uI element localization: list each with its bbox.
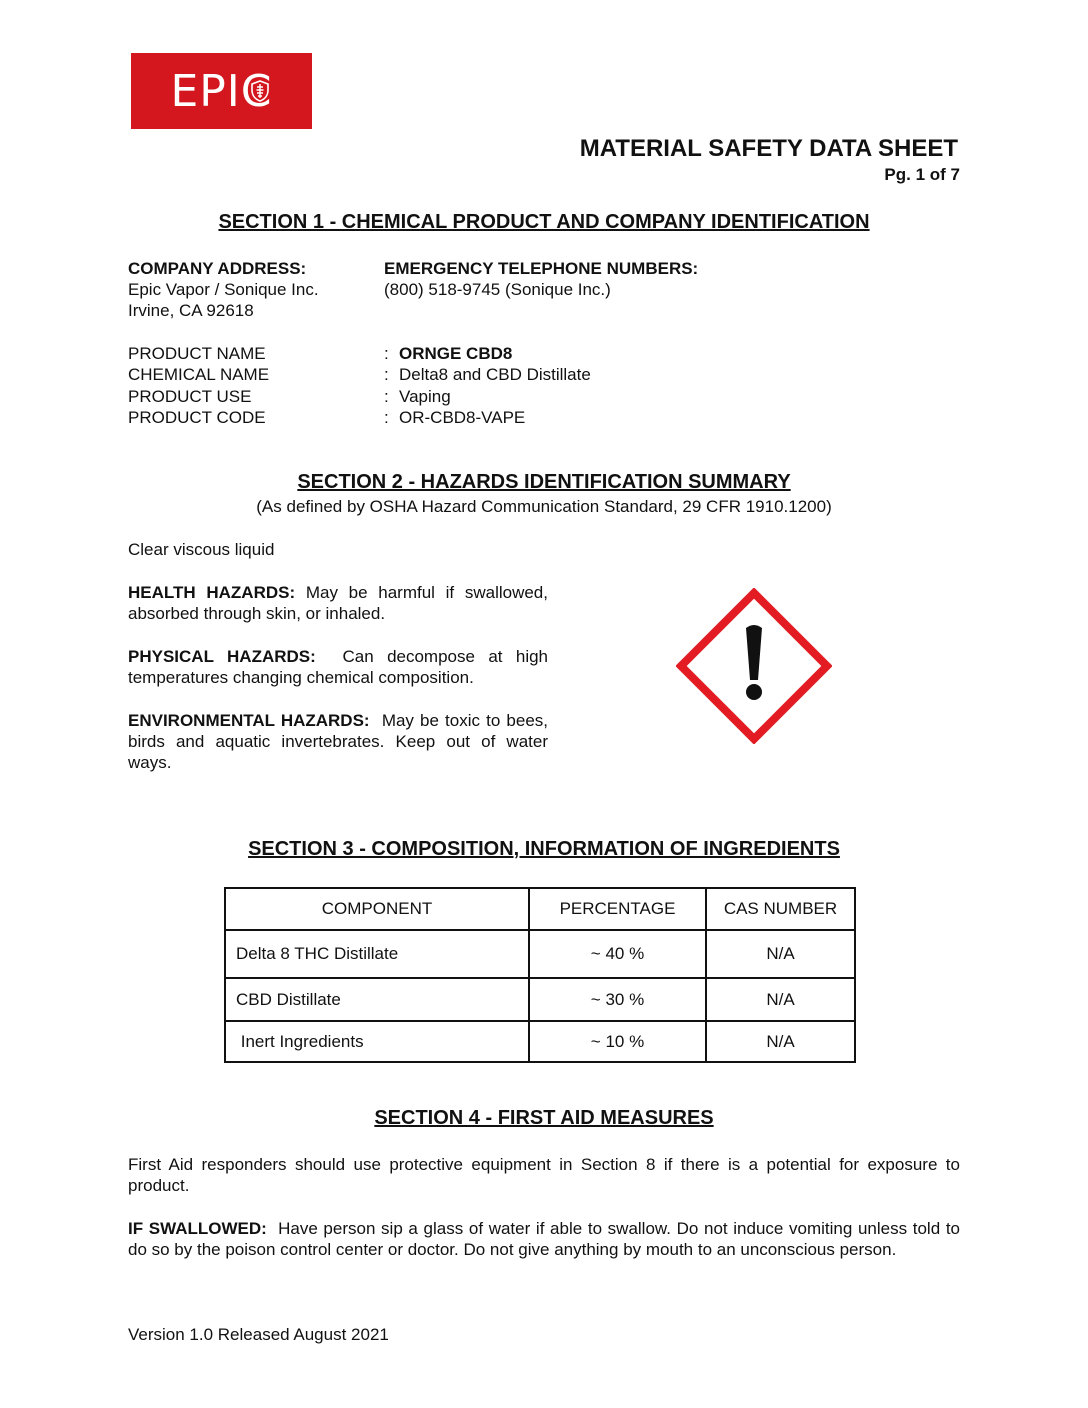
first-aid-intro: First Aid responders should use protecti… <box>128 1154 960 1196</box>
product-name-value: ORNGE CBD8 <box>399 343 512 364</box>
environmental-hazards: ENVIRONMENTAL HAZARDS: May be toxic to b… <box>128 710 548 773</box>
epic-logo: EPIC <box>131 53 312 129</box>
table-header-row: COMPONENT PERCENTAGE CAS NUMBER <box>225 888 855 930</box>
emergency-number: (800) 518-9745 (Sonique Inc.) <box>384 279 611 300</box>
section-2-title: SECTION 2 - HAZARDS IDENTIFICATION SUMMA… <box>244 471 844 494</box>
separator: : <box>384 407 389 428</box>
cas-cell: N/A <box>706 930 855 978</box>
if-swallowed-label: IF SWALLOWED: <box>128 1219 267 1238</box>
separator: : <box>384 364 389 385</box>
column-header-percentage: PERCENTAGE <box>529 888 706 930</box>
table-row: CBD Distillate ~ 30 % N/A <box>225 978 855 1021</box>
product-name-label: PRODUCT NAME <box>128 343 266 364</box>
table-row: Inert Ingredients ~ 10 % N/A <box>225 1021 855 1062</box>
page-indicator: Pg. 1 of 7 <box>884 165 960 185</box>
section-3-title: SECTION 3 - COMPOSITION, INFORMATION OF … <box>228 838 860 861</box>
logo-text: EPI <box>170 66 240 117</box>
component-cell: Inert Ingredients <box>225 1021 529 1062</box>
health-hazards: HEALTH HAZARDS: May be harmful if swallo… <box>128 582 548 624</box>
chemical-name-value: Delta8 and CBD Distillate <box>399 364 591 385</box>
company-address-line1: Epic Vapor / Sonique Inc. <box>128 279 319 300</box>
component-cell: CBD Distillate <box>225 978 529 1021</box>
physical-hazards: PHYSICAL HAZARDS: Can decompose at high … <box>128 646 548 688</box>
separator: : <box>384 343 389 364</box>
cas-cell: N/A <box>706 1021 855 1062</box>
section-1-title: SECTION 1 - CHEMICAL PRODUCT AND COMPANY… <box>196 211 892 234</box>
logo-c-with-shield: C <box>241 66 273 117</box>
if-swallowed: IF SWALLOWED: Have person sip a glass of… <box>128 1218 960 1260</box>
emergency-label: EMERGENCY TELEPHONE NUMBERS: <box>384 258 698 279</box>
percentage-cell: ~ 30 % <box>529 978 706 1021</box>
logo-wordmark: EPIC <box>170 66 272 117</box>
product-code-value: OR-CBD8-VAPE <box>399 407 525 428</box>
appearance-text: Clear viscous liquid <box>128 539 274 560</box>
document-title: MATERIAL SAFETY DATA SHEET <box>580 135 958 163</box>
cas-cell: N/A <box>706 978 855 1021</box>
company-address-line2: Irvine, CA 92618 <box>128 300 254 321</box>
section-2-subtitle: (As defined by OSHA Hazard Communication… <box>200 496 888 517</box>
table-row: Delta 8 THC Distillate ~ 40 % N/A <box>225 930 855 978</box>
product-code-label: PRODUCT CODE <box>128 407 266 428</box>
company-address-label: COMPANY ADDRESS: <box>128 258 306 279</box>
section-4-title: SECTION 4 - FIRST AID MEASURES <box>344 1107 744 1130</box>
composition-table: COMPONENT PERCENTAGE CAS NUMBER Delta 8 … <box>224 887 856 1063</box>
column-header-cas-number: CAS NUMBER <box>706 888 855 930</box>
health-hazards-label: HEALTH HAZARDS: <box>128 583 295 602</box>
physical-hazards-label: PHYSICAL HAZARDS: <box>128 647 316 666</box>
product-use-label: PRODUCT USE <box>128 386 251 407</box>
chemical-name-label: CHEMICAL NAME <box>128 364 269 385</box>
percentage-cell: ~ 40 % <box>529 930 706 978</box>
percentage-cell: ~ 10 % <box>529 1021 706 1062</box>
product-use-value: Vaping <box>399 386 451 407</box>
exclamation-mark-hazard-icon <box>676 588 832 744</box>
separator: : <box>384 386 389 407</box>
environmental-hazards-label: ENVIRONMENTAL HAZARDS: <box>128 711 370 730</box>
shield-icon <box>251 80 269 102</box>
component-cell: Delta 8 THC Distillate <box>225 930 529 978</box>
column-header-component: COMPONENT <box>225 888 529 930</box>
version-footer: Version 1.0 Released August 2021 <box>128 1324 389 1345</box>
